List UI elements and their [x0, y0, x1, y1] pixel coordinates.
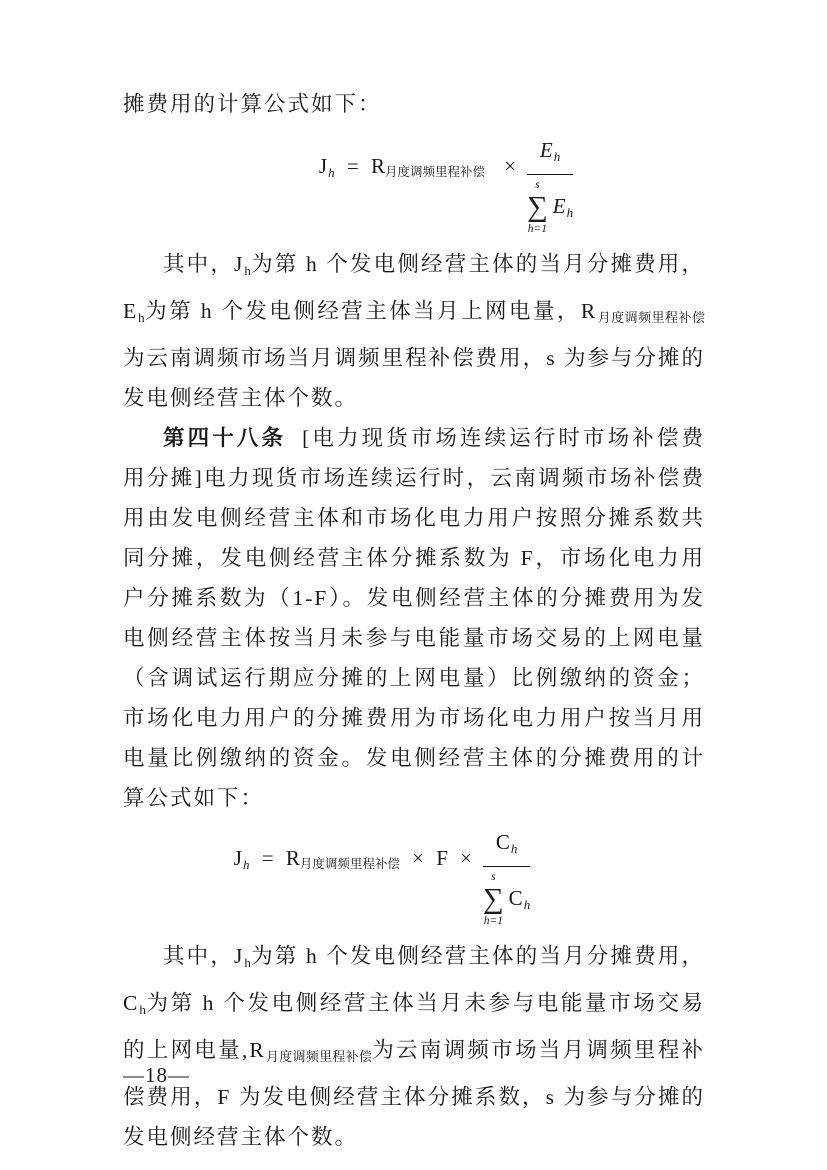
- fraction: Eh s ∑ h=1 Eh: [527, 136, 573, 236]
- inline-R-subscript: 月度调频里程补偿: [597, 310, 705, 325]
- fraction: Ch s ∑ h=1 Ch: [483, 828, 530, 928]
- inline-var-R: R: [581, 299, 597, 323]
- formula1-sub-h: h: [328, 165, 335, 180]
- denominator-var-E: E: [553, 194, 566, 218]
- text-segment: 其中，: [163, 944, 234, 968]
- body-text: 摊费用的计算公式如下： Jh = R月度调频里程补偿 × Eh s ∑ h=1: [123, 84, 705, 1157]
- text-segment: 为第 h 个发电侧经营主体的当月分摊费用，: [251, 252, 705, 276]
- text-segment: 为第 h 个发电侧经营主体的当月分摊费用，: [251, 944, 705, 968]
- numerator-var-E: E: [540, 138, 553, 162]
- formula1-left-side: Jh = R月度调频里程补偿 ×: [319, 136, 523, 188]
- footer-page-number: —18—: [123, 1063, 190, 1088]
- text-segment: 为第 h 个发电侧经营主体当月上网电量，: [145, 299, 581, 323]
- denominator-sub-h: h: [524, 897, 531, 912]
- numerator-sub-h: h: [554, 149, 561, 164]
- inline-var-J: J: [234, 944, 244, 968]
- denominator-sub-h: h: [567, 205, 574, 220]
- formula2-left-side: Jh = R月度调频里程补偿 × F ×: [234, 828, 479, 880]
- article-number: 第四十八条: [163, 426, 286, 450]
- text-segment: 为云南调频市场当月调频里程补偿费用，s 为参与分摊的发电侧经营主体个数。: [123, 346, 705, 410]
- inline-var-J: J: [234, 252, 244, 276]
- document-page: 摊费用的计算公式如下： Jh = R月度调频里程补偿 × Eh s ∑ h=1: [0, 0, 827, 1170]
- formula1-var-R: R: [371, 154, 385, 178]
- inline-var-C: C: [123, 991, 139, 1015]
- formula2-var-F: F: [436, 846, 448, 870]
- fraction-denominator: s ∑ h=1 Eh: [527, 175, 573, 236]
- numerator-var-C: C: [496, 830, 510, 854]
- equals-sign: =: [347, 154, 359, 178]
- inline-var-R: R: [249, 1038, 265, 1062]
- paragraph-intro-text: 摊费用的计算公式如下：: [123, 92, 382, 116]
- formula2-sub-h: h: [243, 857, 250, 872]
- summation-symbol: s ∑ h=1: [483, 871, 504, 928]
- denominator-var-C: C: [509, 886, 523, 910]
- equals-sign: =: [262, 846, 274, 870]
- formula1-R-subscript: 月度调频里程补偿: [385, 165, 485, 179]
- numerator-sub-h: h: [511, 841, 518, 856]
- multiply-sign: ×: [460, 846, 472, 870]
- multiply-sign: ×: [412, 846, 424, 870]
- paragraph-definition-2: 其中，Jh为第 h 个发电侧经营主体的当月分摊费用，Ch为第 h 个发电侧经营主…: [123, 936, 705, 1157]
- paragraph-intro: 摊费用的计算公式如下：: [123, 84, 705, 124]
- sum-lower-limit: h=1: [484, 915, 503, 928]
- sigma-icon: ∑: [483, 884, 504, 914]
- text-segment: 其中，: [163, 252, 234, 276]
- formula2-var-J: J: [234, 846, 242, 870]
- formula2-var-R: R: [286, 846, 300, 870]
- multiply-sign: ×: [504, 154, 516, 178]
- article-body: [电力现货市场连续运行时市场补偿费用分摊]电力现货市场连续运行时，云南调频市场补…: [123, 426, 705, 810]
- inline-R-subscript: 月度调频里程补偿: [266, 1049, 373, 1064]
- fraction-numerator: Ch: [483, 828, 530, 867]
- formula1-var-J: J: [319, 154, 327, 178]
- paragraph-definition-1: 其中，Jh为第 h 个发电侧经营主体的当月分摊费用，Eh为第 h 个发电侧经营主…: [123, 244, 705, 418]
- formula-share-cost-1: Jh = R月度调频里程补偿 × Eh s ∑ h=1 Eh: [187, 136, 705, 236]
- fraction-numerator: Eh: [527, 136, 573, 175]
- sigma-icon: ∑: [527, 192, 548, 222]
- inline-var-E: E: [123, 299, 138, 323]
- paragraph-article-48: 第四十八条[电力现货市场连续运行时市场补偿费用分摊]电力现货市场连续运行时，云南…: [123, 418, 705, 818]
- formula2-R-subscript: 月度调频里程补偿: [300, 857, 400, 871]
- summation-symbol: s ∑ h=1: [527, 179, 548, 236]
- fraction-denominator: s ∑ h=1 Ch: [483, 867, 530, 928]
- formula-share-cost-2: Jh = R月度调频里程补偿 × F × Ch s ∑ h=1: [123, 828, 641, 928]
- sum-lower-limit: h=1: [528, 223, 547, 236]
